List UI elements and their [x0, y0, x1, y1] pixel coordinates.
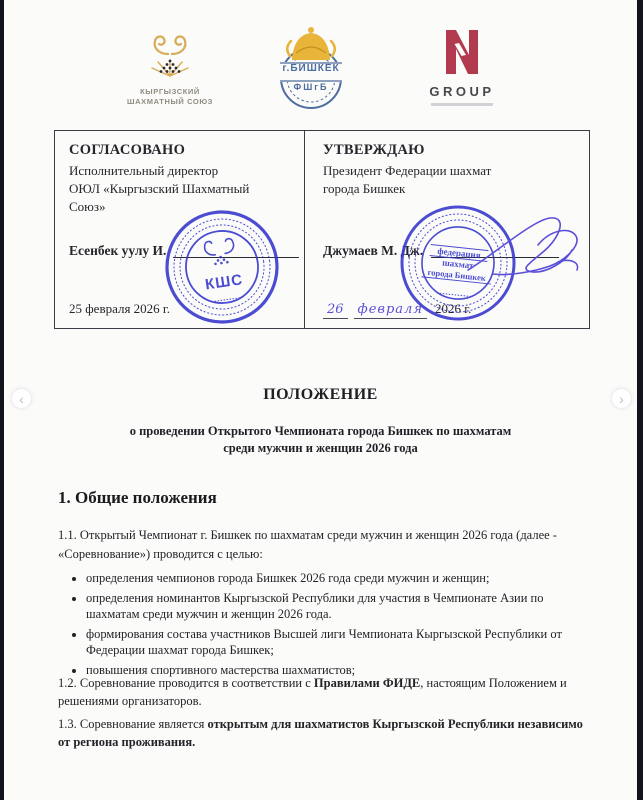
approved-role-line2: города Бишкек: [323, 180, 581, 198]
agreed-signer-name: Есенбек уулу И.: [69, 243, 166, 259]
bishkek-federation-logo: г.БИШКЕК ФШгБ: [266, 26, 356, 114]
goal-item-1: определения чемпионов города Бишкек 2026…: [86, 570, 590, 586]
n-group-tagline-bar: [431, 103, 493, 106]
section-1-heading: 1. Общие положения: [58, 488, 217, 508]
agreed-role-line1: Исполнительный директор: [69, 162, 296, 180]
approved-date-day-handwritten: 26: [323, 302, 348, 319]
kyrgyz-chess-union-emblem-icon: [139, 69, 201, 86]
approved-title: УТВЕРЖДАЮ: [323, 142, 581, 159]
goal-item-2: определения номинантов Кыргызской Респуб…: [86, 590, 590, 622]
n-group-logo: GROUP: [414, 24, 510, 106]
bishkek-badge-city-label: г.БИШКЕК: [266, 63, 356, 74]
n-group-mark-icon: [437, 65, 487, 82]
document-photo: КЫРГЫЗСКИЙ ШАХМАТНЫЙ СОЮЗ г.БИШКЕК ФШгБ: [0, 0, 643, 800]
kyrgyz-chess-union-logo: КЫРГЫЗСКИЙ ШАХМАТНЫЙ СОЮЗ: [118, 32, 222, 106]
goals-bullet-list: определения чемпионов города Бишкек 2026…: [70, 570, 590, 682]
goal-item-3: формирования состава участников Высшей л…: [86, 626, 590, 658]
approved-role-line1: Президент Федерации шахмат: [323, 162, 581, 180]
p12-bold-text: Правилами ФИДЕ: [314, 676, 420, 690]
paragraph-1-3: 1.3. Соревнование является открытым для …: [58, 716, 598, 751]
agreed-date: 25 февраля 2026 г.: [69, 301, 170, 317]
bishkek-federation-badge-icon: [266, 101, 356, 118]
paragraph-1-2: 1.2. Соревнование проводится в соответст…: [58, 675, 598, 710]
p13-text-tail: .: [192, 735, 195, 749]
agreed-role-line2: ОЮЛ «Кыргызский Шахматный: [69, 180, 296, 198]
document-title: ПОЛОЖЕНИЕ: [4, 386, 637, 404]
document-subtitle-line1: о проведении Открытого Чемпионата города…: [4, 423, 637, 440]
p12-text: 1.2. Соревнование проводится в соответст…: [58, 676, 314, 690]
chess-union-stamp: КШС: [155, 200, 288, 333]
bishkek-badge-abbr-label: ФШгБ: [266, 82, 356, 92]
kcu-name-line2: ШАХМАТНЫЙ СОЮЗ: [118, 97, 222, 107]
paragraph-1-1: 1.1. Открытый Чемпионат г. Бишкек по шах…: [58, 526, 598, 563]
photo-right-edge: [637, 0, 643, 800]
agreed-title: СОГЛАСОВАНО: [69, 142, 296, 159]
n-group-name-label: GROUP: [414, 84, 510, 99]
p13-text: 1.3. Соревнование является: [58, 717, 208, 731]
federation-stamp: федерация шахмат города Бишкек: [392, 197, 524, 329]
kcu-name-line1: КЫРГЫЗСКИЙ: [118, 87, 222, 97]
document-subtitle-line2: среди мужчин и женщин 2026 года: [4, 440, 637, 457]
document-subtitle: о проведении Открытого Чемпионата города…: [4, 423, 637, 456]
